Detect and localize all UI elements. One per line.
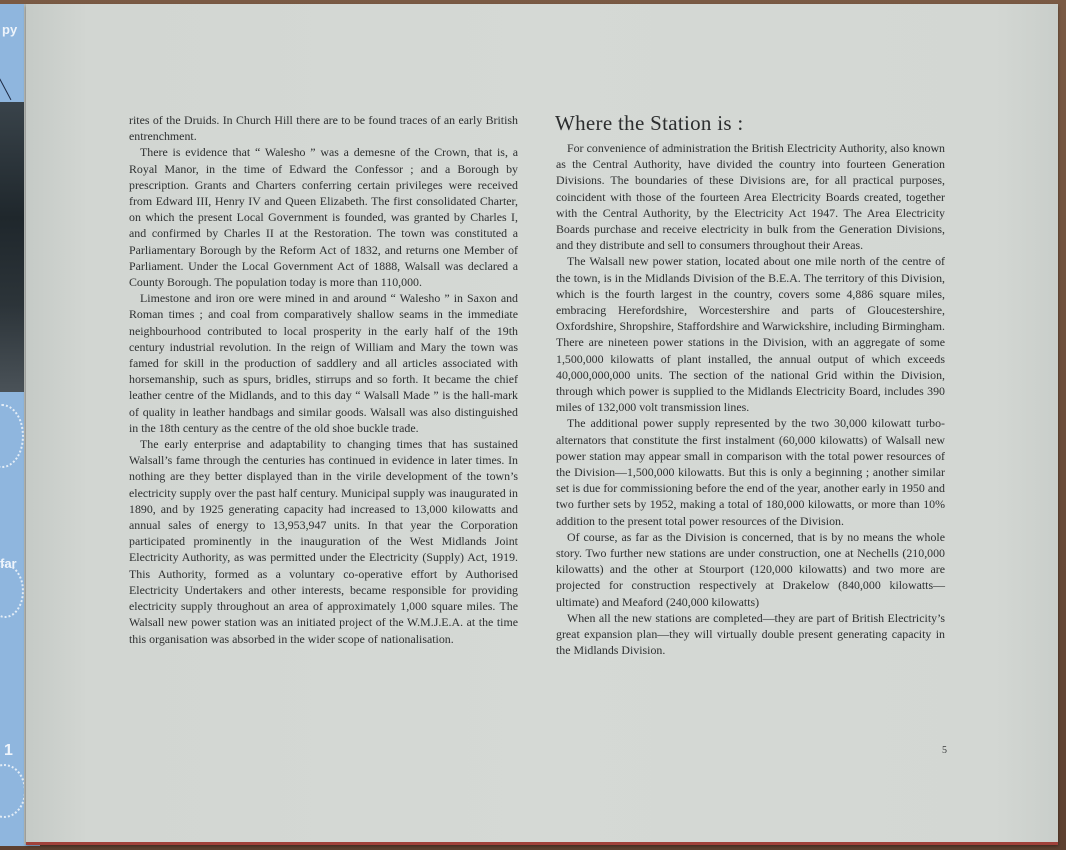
- cover-map-outline: [0, 564, 24, 618]
- paragraph: Of course, as far as the Division is con…: [556, 529, 945, 610]
- left-column: rites of the Druids. In Church Hill ther…: [129, 112, 518, 647]
- cover-bottom-edge: [26, 842, 1058, 845]
- paragraph: The additional power supply represented …: [556, 415, 945, 528]
- right-column: For convenience of administration the Br…: [556, 140, 945, 659]
- paragraph: The Walsall new power station, located a…: [556, 253, 945, 415]
- paragraph: When all the new stations are completed—…: [556, 610, 945, 659]
- page-number: 5: [942, 745, 947, 756]
- paragraph: Limestone and iron ore were mined in and…: [129, 290, 518, 436]
- cover-text-fragment: 1: [4, 742, 13, 760]
- paragraph: rites of the Druids. In Church Hill ther…: [129, 112, 518, 144]
- cover-text-fragment: far: [0, 556, 17, 571]
- paragraph: There is evidence that “ Walesho ” was a…: [129, 144, 518, 290]
- section-heading: Where the Station is :: [555, 111, 744, 136]
- paragraph: For convenience of administration the Br…: [556, 140, 945, 253]
- paragraph: The early enterprise and adaptability to…: [129, 436, 518, 647]
- cover-map-outline: [0, 404, 24, 468]
- cover-text-fragment: py: [2, 22, 17, 37]
- cover-map-line: [0, 68, 11, 100]
- cover-map-outline: [0, 764, 26, 818]
